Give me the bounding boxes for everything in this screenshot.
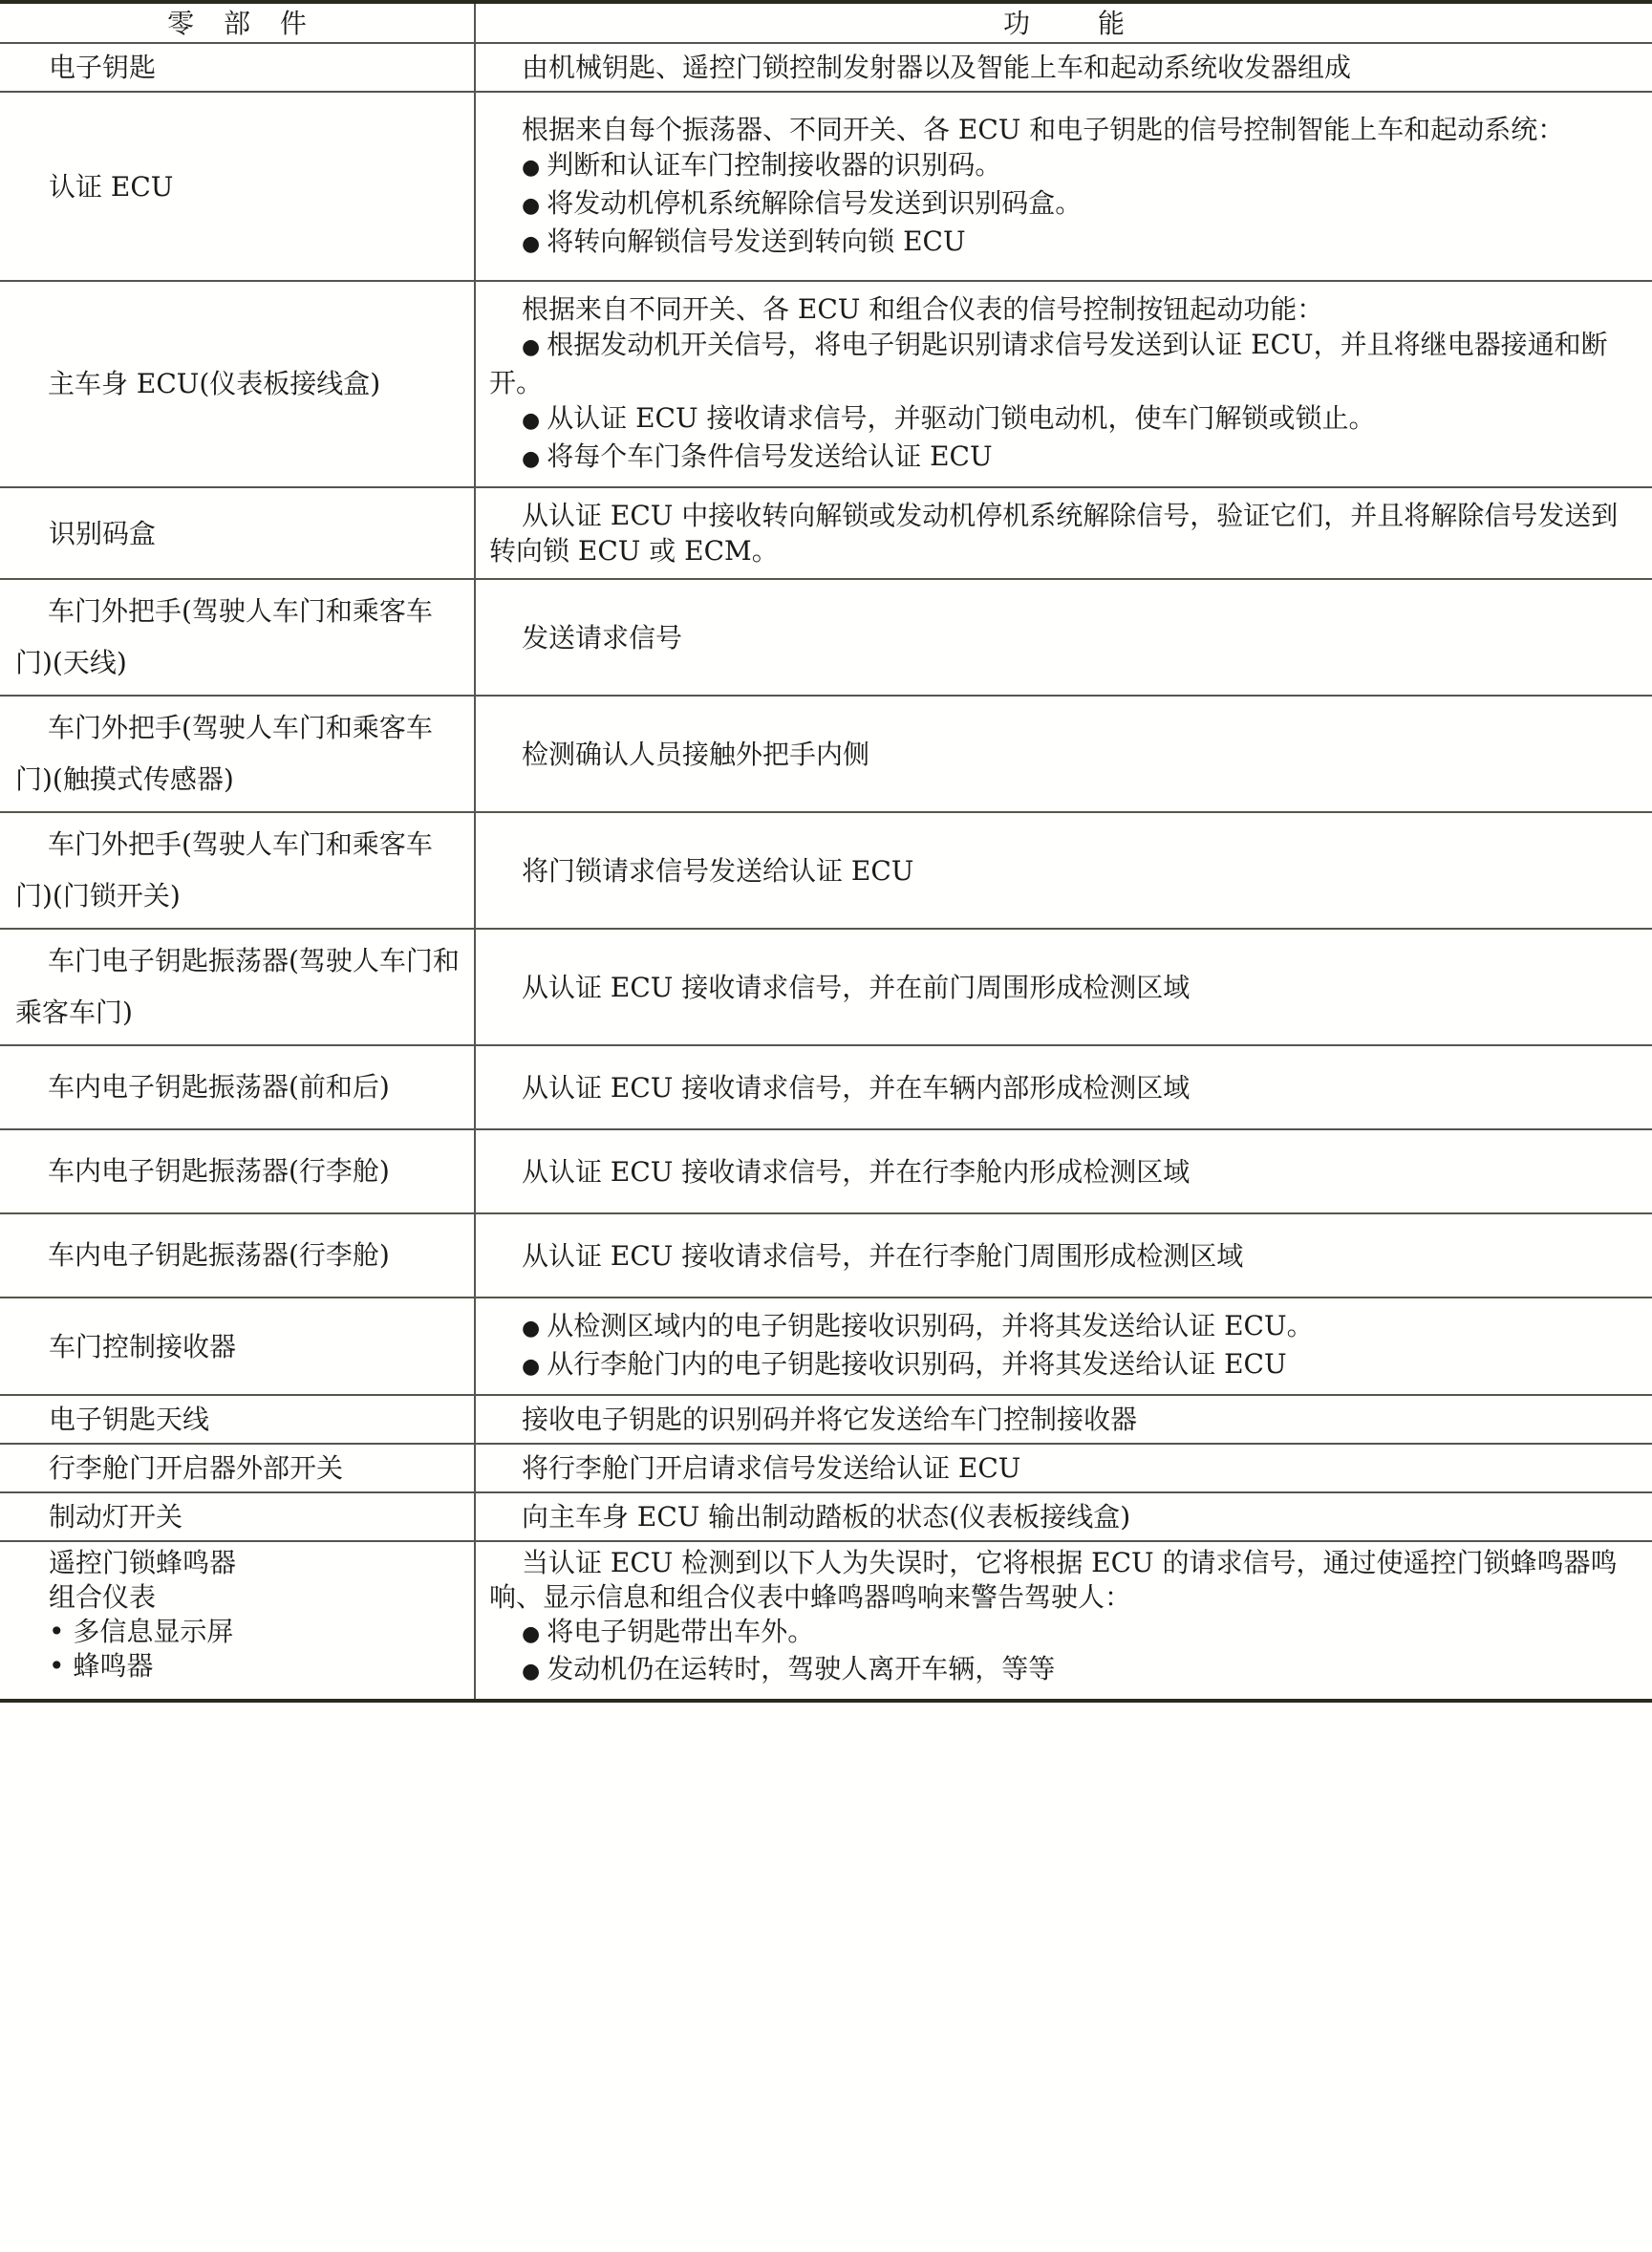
function-cell: 检测确认人员接触外把手内侧 [475,696,1652,812]
function-cell: 接收电子钥匙的识别码并将它发送给车门控制接收器 [475,1395,1652,1444]
table-row: 车门外把手(驾驶人车门和乘客车门)(触摸式传感器)检测确认人员接触外把手内侧 [0,696,1652,812]
bullet-text: 发动机仍在运转时，驾驶人离开车辆，等等 [547,1653,1055,1684]
function-text: 根据来自不同开关、各 ECU 和组合仪表的信号控制按钮起动功能： [489,291,1639,327]
function-text: 根据来自每个振荡器、不同开关、各 ECU 和电子钥匙的信号控制智能上车和起动系统… [489,112,1639,147]
component-cell: 电子钥匙天线 [0,1395,475,1444]
bullet-text: 判断和认证车门控制接收器的识别码。 [547,149,1001,181]
component-name: 主车身 ECU(仪表板接线盒) [15,358,464,410]
bullet-icon: ● [522,1317,547,1340]
function-bullet: ● 发动机仍在运转时，驾驶人离开车辆，等等 [489,1652,1639,1689]
function-text: 发送请求信号 [489,620,1639,655]
component-cell: 车内电子钥匙振荡器(前和后) [0,1045,475,1129]
function-bullet: ● 将每个车门条件信号发送给认证 ECU [489,439,1639,477]
table-row: 遥控门锁蜂鸣器组合仪表• 多信息显示屏• 蜂鸣器当认证 ECU 检测到以下人为失… [0,1541,1652,1701]
function-text: 将行李舱门开启请求信号发送给认证 ECU [489,1450,1639,1486]
component-name: 电子钥匙天线 [16,1402,459,1437]
table-row: 识别码盒从认证 ECU 中接收转向解锁或发动机停机系统解除信号，验证它们，并且将… [0,487,1652,579]
function-cell: 将门锁请求信号发送给认证 ECU [475,812,1652,929]
function-cell: 当认证 ECU 检测到以下人为失误时，它将根据 ECU 的请求信号，通过使遥控门… [475,1541,1652,1701]
function-cell: 向主车身 ECU 输出制动踏板的状态(仪表板接线盒) [475,1492,1652,1541]
component-cell: 车门外把手(驾驶人车门和乘客车门)(触摸式传感器) [0,696,475,812]
component-name: 车门电子钥匙振荡器(驾驶人车门和乘客车门) [15,935,464,1039]
table-row: 车门外把手(驾驶人车门和乘客车门)(门锁开关)将门锁请求信号发送给认证 ECU [0,812,1652,929]
table-row: 车门电子钥匙振荡器(驾驶人车门和乘客车门)从认证 ECU 接收请求信号，并在前门… [0,929,1652,1045]
function-cell: ● 从检测区域内的电子钥匙接收识别码，并将其发送给认证 ECU。● 从行李舱门内… [475,1298,1652,1395]
component-cell: 识别码盒 [0,487,475,579]
table-row: 车内电子钥匙振荡器(前和后)从认证 ECU 接收请求信号，并在车辆内部形成检测区… [0,1045,1652,1129]
table-row: 主车身 ECU(仪表板接线盒)根据来自不同开关、各 ECU 和组合仪表的信号控制… [0,281,1652,487]
component-cell: 车内电子钥匙振荡器(行李舱) [0,1129,475,1213]
component-cell: 车门控制接收器 [0,1298,475,1395]
function-text: 将门锁请求信号发送给认证 ECU [489,853,1639,889]
table-row: 电子钥匙由机械钥匙、遥控门锁控制发射器以及智能上车和起动系统收发器组成 [0,43,1652,92]
component-cell: 车门电子钥匙振荡器(驾驶人车门和乘客车门) [0,929,475,1045]
function-bullet: ● 判断和认证车门控制接收器的识别码。 [489,147,1639,185]
bullet-text: 从行李舱门内的电子钥匙接收识别码，并将其发送给认证 ECU [547,1348,1286,1380]
function-cell: 由机械钥匙、遥控门锁控制发射器以及智能上车和起动系统收发器组成 [475,43,1652,92]
component-name: 车门外把手(驾驶人车门和乘客车门)(触摸式传感器) [15,702,464,805]
function-cell: 将行李舱门开启请求信号发送给认证 ECU [475,1444,1652,1492]
component-name: 识别码盒 [16,516,459,551]
table-row: 认证 ECU根据来自每个振荡器、不同开关、各 ECU 和电子钥匙的信号控制智能上… [0,92,1652,281]
component-name: 车内电子钥匙振荡器(行李舱) [15,1230,464,1281]
function-text: 检测确认人员接触外把手内侧 [489,737,1639,772]
component-bullet: • 多信息显示屏 [16,1615,459,1649]
bullet-text: 从检测区域内的电子钥匙接收识别码，并将其发送给认证 ECU。 [547,1310,1313,1341]
component-name: 电子钥匙 [16,50,459,85]
bullet-text: 从认证 ECU 接收请求信号，并驱动门锁电动机，使车门解锁或锁止。 [547,402,1375,434]
component-name: 车内电子钥匙振荡器(行李舱) [15,1146,464,1197]
component-name: 遥控门锁蜂鸣器 [16,1546,459,1580]
component-cell: 行李舱门开启器外部开关 [0,1444,475,1492]
component-cell: 电子钥匙 [0,43,475,92]
bullet-text: 将转向解锁信号发送到转向锁 ECU [547,225,965,257]
component-cell: 认证 ECU [0,92,475,281]
bullet-text: 将发动机停机系统解除信号发送到识别码盒。 [547,187,1082,219]
table-row: 车内电子钥匙振荡器(行李舱)从认证 ECU 接收请求信号，并在行李舱内形成检测区… [0,1129,1652,1213]
bullet-icon: ● [522,194,547,218]
table-row: 电子钥匙天线接收电子钥匙的识别码并将它发送给车门控制接收器 [0,1395,1652,1444]
function-text: 当认证 ECU 检测到以下人为失误时，它将根据 ECU 的请求信号，通过使遥控门… [489,1546,1639,1615]
function-text: 从认证 ECU 接收请求信号，并在前门周围形成检测区域 [489,970,1639,1005]
function-text: 接收电子钥匙的识别码并将它发送给车门控制接收器 [489,1402,1639,1437]
table-row: 车门控制接收器● 从检测区域内的电子钥匙接收识别码，并将其发送给认证 ECU。●… [0,1298,1652,1395]
function-text: 从认证 ECU 接收请求信号，并在行李舱内形成检测区域 [489,1154,1639,1190]
bullet-icon: ● [522,335,547,359]
function-cell: 从认证 ECU 接收请求信号，并在行李舱内形成检测区域 [475,1129,1652,1213]
component-name: 组合仪表 [16,1580,459,1615]
bullet-text: 根据发动机开关信号，将电子钥匙识别请求信号发送到认证 ECU，并且将继电器接通和… [489,329,1608,398]
table-row: 行李舱门开启器外部开关将行李舱门开启请求信号发送给认证 ECU [0,1444,1652,1492]
component-function-table: 零 部 件 功 能 电子钥匙由机械钥匙、遥控门锁控制发射器以及智能上车和起动系统… [0,0,1652,1703]
component-cell: 制动灯开关 [0,1492,475,1541]
bullet-icon: ● [522,447,547,471]
function-text: 从认证 ECU 接收请求信号，并在车辆内部形成检测区域 [489,1070,1639,1105]
table-header-row: 零 部 件 功 能 [0,2,1652,43]
table-row: 车内电子钥匙振荡器(行李舱)从认证 ECU 接收请求信号，并在行李舱门周围形成检… [0,1213,1652,1298]
table-row: 制动灯开关向主车身 ECU 输出制动踏板的状态(仪表板接线盒) [0,1492,1652,1541]
function-bullet: ● 根据发动机开关信号，将电子钥匙识别请求信号发送到认证 ECU，并且将继电器接… [489,327,1639,400]
component-bullet: • 蜂鸣器 [16,1649,459,1684]
function-bullet: ● 从行李舱门内的电子钥匙接收识别码，并将其发送给认证 ECU [489,1346,1639,1384]
component-name: 车门外把手(驾驶人车门和乘客车门)(天线) [15,586,464,689]
function-bullet: ● 将发动机停机系统解除信号发送到识别码盒。 [489,185,1639,224]
function-cell: 发送请求信号 [475,579,1652,696]
bullet-icon: ● [522,1622,547,1646]
function-cell: 从认证 ECU 接收请求信号，并在前门周围形成检测区域 [475,929,1652,1045]
function-bullet: ● 从检测区域内的电子钥匙接收识别码，并将其发送给认证 ECU。 [489,1308,1639,1346]
component-cell: 车门外把手(驾驶人车门和乘客车门)(门锁开关) [0,812,475,929]
function-bullet: ● 将电子钥匙带出车外。 [489,1615,1639,1652]
bullet-text: 将电子钥匙带出车外。 [547,1616,814,1647]
function-cell: 根据来自每个振荡器、不同开关、各 ECU 和电子钥匙的信号控制智能上车和起动系统… [475,92,1652,281]
bullet-icon: ● [522,1355,547,1379]
function-bullet: ● 将转向解锁信号发送到转向锁 ECU [489,224,1639,262]
component-cell: 遥控门锁蜂鸣器组合仪表• 多信息显示屏• 蜂鸣器 [0,1541,475,1701]
component-name: 行李舱门开启器外部开关 [16,1450,459,1486]
component-name: 认证 ECU [16,169,459,204]
table-row: 车门外把手(驾驶人车门和乘客车门)(天线)发送请求信号 [0,579,1652,696]
function-cell: 从认证 ECU 中接收转向解锁或发动机停机系统解除信号，验证它们，并且将解除信号… [475,487,1652,579]
component-name: 车内电子钥匙振荡器(前和后) [15,1062,464,1113]
bullet-icon: ● [522,232,547,256]
bullet-text: 将每个车门条件信号发送给认证 ECU [547,440,992,472]
component-cell: 车内电子钥匙振荡器(行李舱) [0,1213,475,1298]
header-component: 零 部 件 [0,2,475,43]
function-text: 从认证 ECU 中接收转向解锁或发动机停机系统解除信号，验证它们，并且将解除信号… [489,498,1639,568]
function-cell: 从认证 ECU 接收请求信号，并在车辆内部形成检测区域 [475,1045,1652,1129]
function-cell: 根据来自不同开关、各 ECU 和组合仪表的信号控制按钮起动功能：● 根据发动机开… [475,281,1652,487]
component-name: 车门控制接收器 [16,1329,459,1364]
bullet-icon: ● [522,1660,547,1684]
function-cell: 从认证 ECU 接收请求信号，并在行李舱门周围形成检测区域 [475,1213,1652,1298]
component-name: 车门外把手(驾驶人车门和乘客车门)(门锁开关) [15,819,464,922]
bullet-icon: ● [522,409,547,433]
function-bullet: ● 从认证 ECU 接收请求信号，并驱动门锁电动机，使车门解锁或锁止。 [489,400,1639,439]
component-cell: 主车身 ECU(仪表板接线盒) [0,281,475,487]
function-text: 从认证 ECU 接收请求信号，并在行李舱门周围形成检测区域 [489,1238,1639,1274]
component-cell: 车门外把手(驾驶人车门和乘客车门)(天线) [0,579,475,696]
bullet-icon: ● [522,156,547,180]
function-text: 向主车身 ECU 输出制动踏板的状态(仪表板接线盒) [489,1499,1639,1534]
component-name: 制动灯开关 [16,1499,459,1534]
header-function: 功 能 [475,2,1652,43]
function-text: 由机械钥匙、遥控门锁控制发射器以及智能上车和起动系统收发器组成 [489,50,1639,85]
